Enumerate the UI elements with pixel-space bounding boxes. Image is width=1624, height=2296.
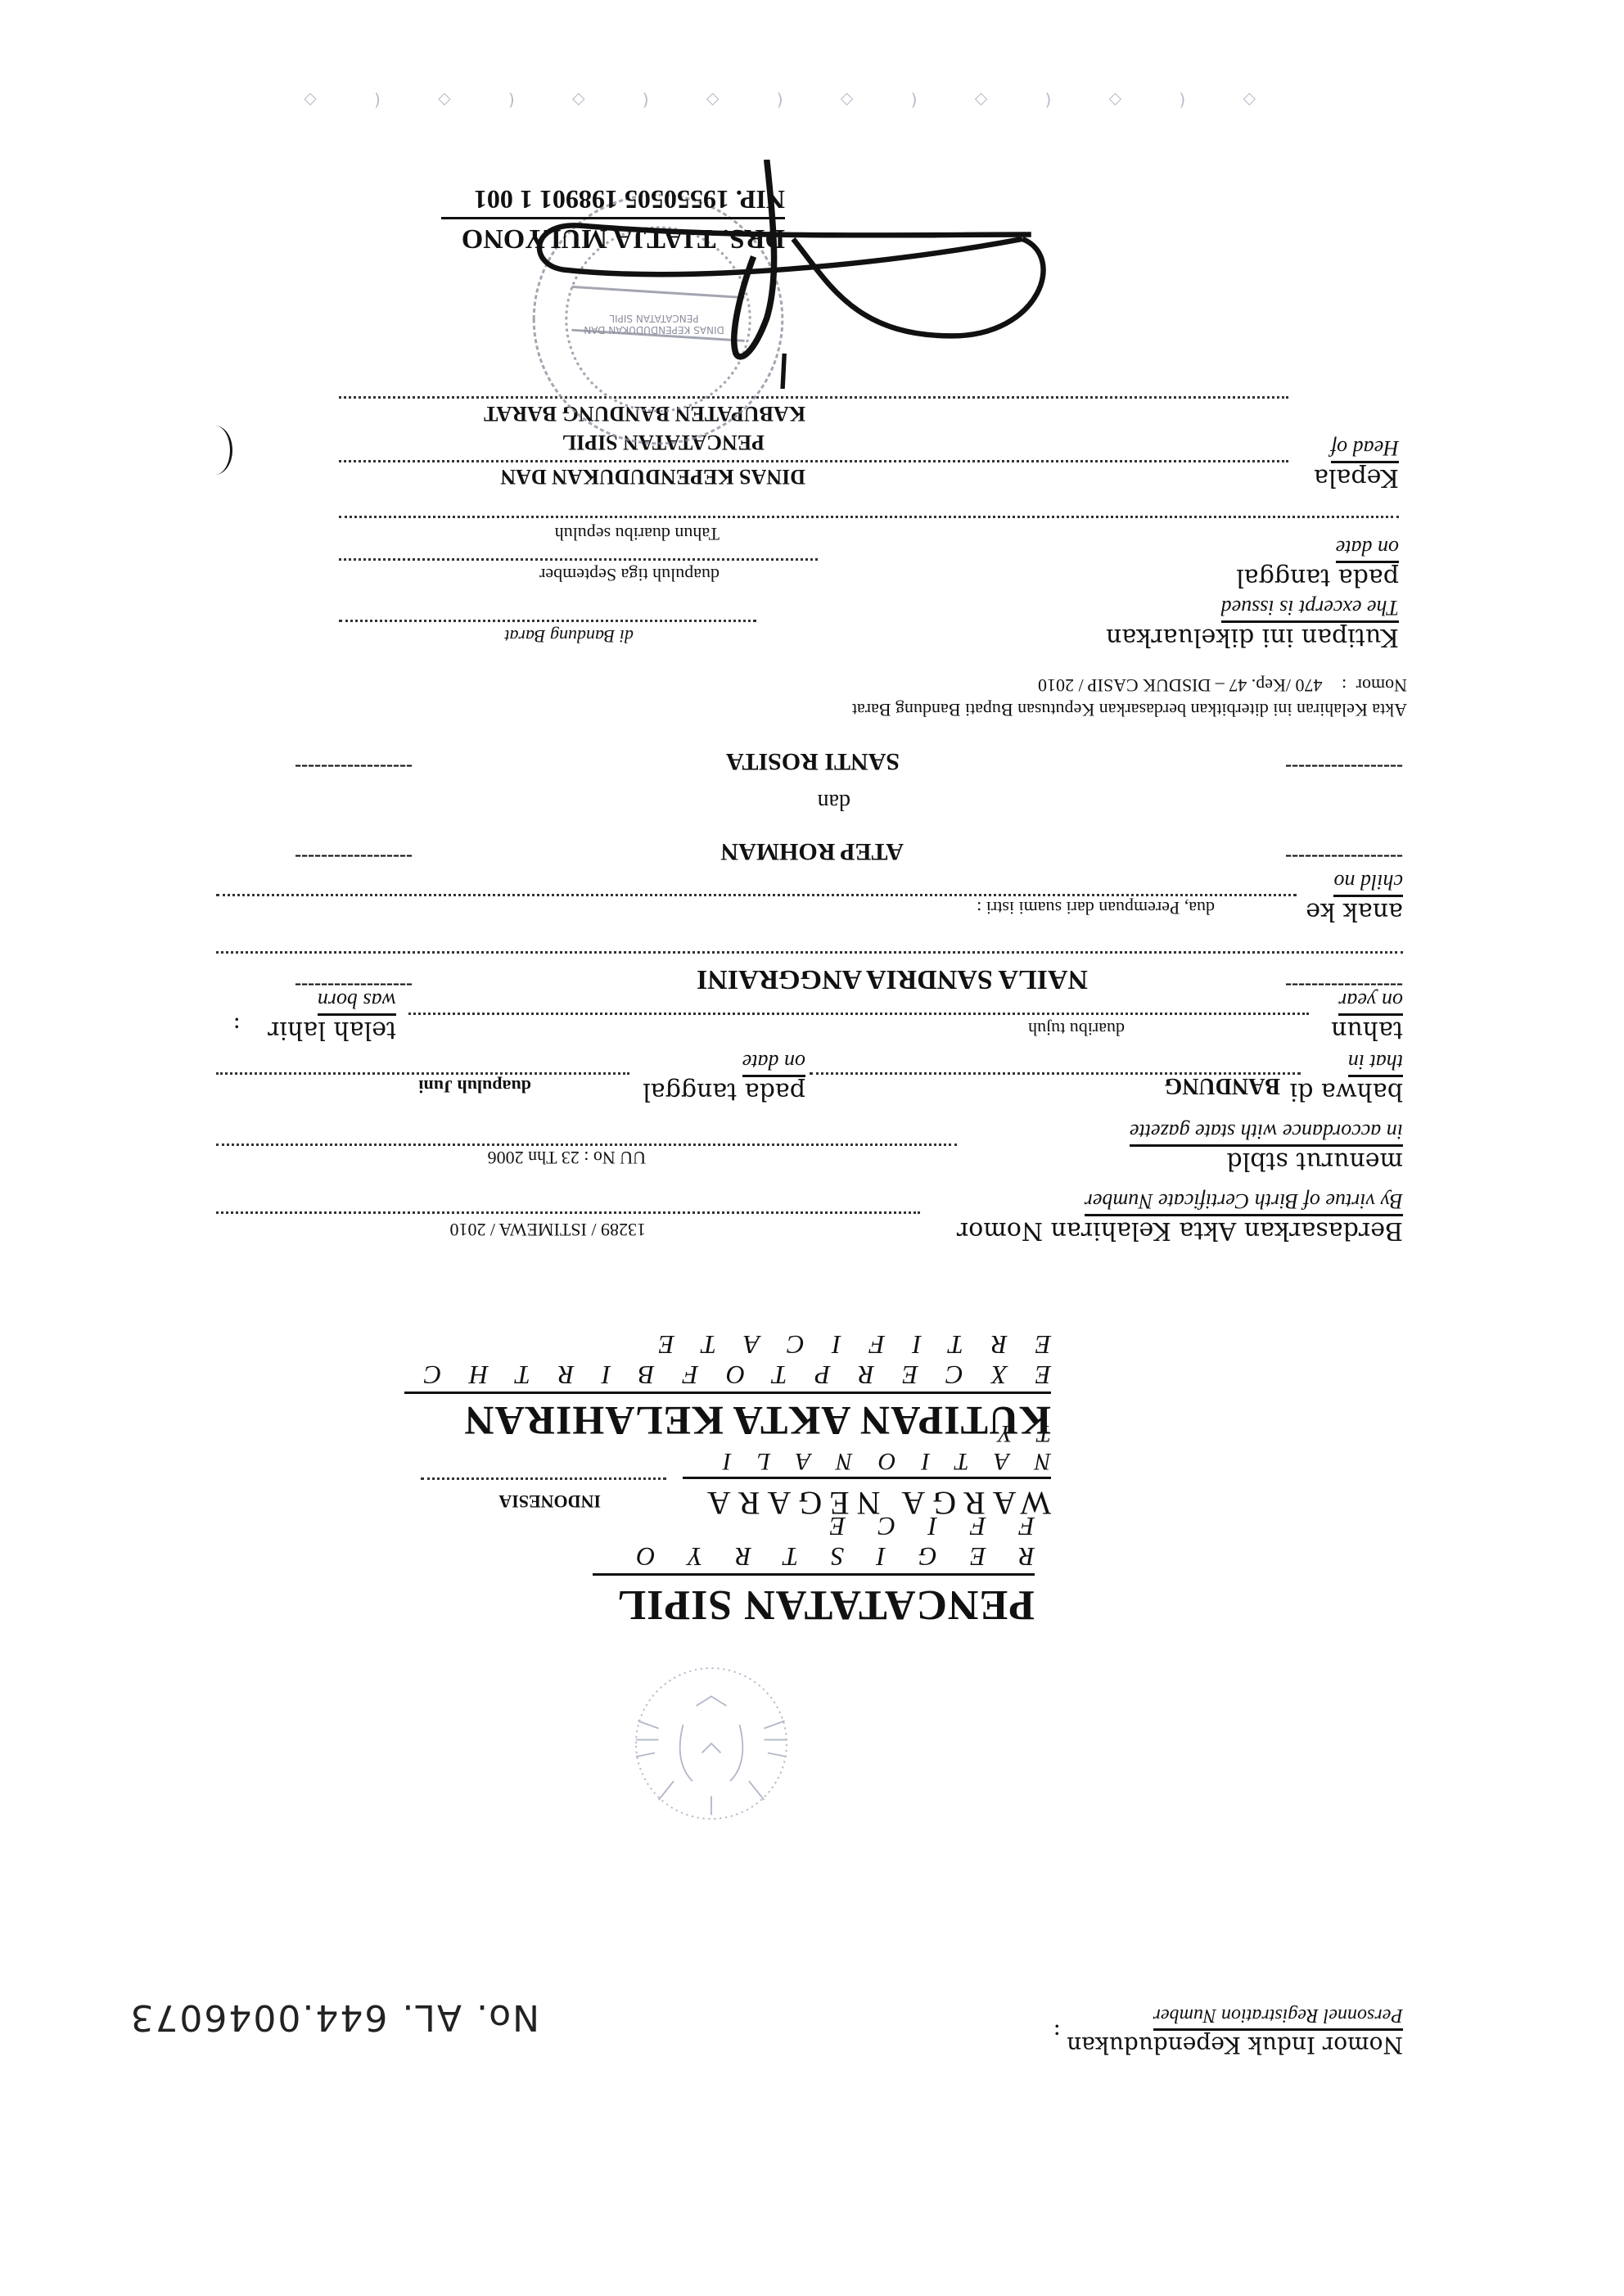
head-block: Kepala Head of: [1314, 436, 1399, 491]
cert-number-label: Berdasarkan Akta Kelahiran Nomor: [957, 1216, 1403, 1244]
registration-marks: ◇ ( ◇ ( ◇ ( ◇ ( ◇ ( ◇ ( ◇ ( ◇: [277, 91, 1256, 111]
personnel-number-separator: :: [1053, 2019, 1061, 2046]
issued-dots: [339, 620, 756, 622]
mother-dash-right: ------------------: [295, 756, 413, 778]
signatory-underline: [441, 217, 785, 219]
date-label: pada tanggal: [643, 1077, 805, 1105]
margin-annotation: [197, 426, 232, 475]
gazette-label-en: in accordance with state gazette: [1130, 1120, 1403, 1147]
year-value: duaribu tujuh: [1028, 1018, 1125, 1040]
child-name-dots: [216, 951, 1403, 954]
issued-label: Kutipan ini dikeluarkan: [1106, 623, 1399, 651]
child-name-dash-right: ------------------: [295, 974, 413, 996]
personnel-number-label-en: Personnel Registration Number: [1153, 2004, 1403, 2031]
head-label: Kepala: [1314, 463, 1399, 491]
certificate-title-en: E X C E R P T O F B I R T H C E R T I F …: [404, 1329, 1051, 1394]
issue-date-label: pada tanggal: [1236, 563, 1399, 591]
field-born: telah lahir was born: [268, 989, 396, 1044]
father-name: ATEP ROHMAN: [720, 837, 904, 865]
field-gazette: menurut stbld in accordance with state g…: [1130, 1120, 1403, 1175]
cert-number-dots: [216, 1211, 920, 1214]
place-value: BANDUNG: [1164, 1072, 1280, 1098]
office-dots-1: [339, 460, 1288, 462]
serial-number: No. AL. 644.0046073: [129, 1996, 539, 2038]
field-year: tahun on year: [1331, 989, 1403, 1044]
signatory-name: DRS. TJATJA MULYONO: [462, 223, 785, 254]
certificate-title: KUTIPAN AKTA KELAHIRAN: [464, 1397, 1051, 1445]
gazette-dots: [216, 1143, 957, 1146]
nationality-dots: [421, 1477, 666, 1480]
gazette-label: menurut stbld: [1130, 1147, 1403, 1175]
field-child-no: anak ke child no: [1306, 870, 1403, 925]
place-dots: [810, 1072, 1301, 1075]
born-separator: :: [233, 1013, 241, 1040]
garuda-emblem-icon: [617, 1649, 805, 1838]
issue-date-label-en: on date: [1336, 536, 1399, 563]
issue-date-block: pada tanggal on date: [1236, 536, 1399, 591]
mother-name: SANTI ROSITA: [726, 747, 900, 775]
decree-text: Akta Kelahiran ini diterbitkan berdasark…: [852, 699, 1407, 720]
child-no-label-en: child no: [1334, 870, 1404, 897]
issue-year-dots: [339, 516, 1399, 518]
father-dash-right: ------------------: [295, 846, 413, 868]
office-line-1: DINAS KEPENDUDUKAN DAN: [500, 464, 805, 489]
child-name: NAILA SANDRIA ANGGRAINI: [697, 963, 1088, 995]
date-value: duapuluh Juni: [418, 1076, 531, 1097]
issued-value: di Bandung Barat: [504, 625, 634, 647]
personnel-number-block: Nomor Induk Kependudukan Personnel Regis…: [1067, 2004, 1403, 2059]
issued-label-en: The excerpt is issued: [1221, 596, 1399, 623]
decree-number: 470 /Kep. 47 – DISDUK CASIP / 2010: [1038, 675, 1323, 696]
cert-number-value: 13289 / ISTIMEWA / 2010: [449, 1219, 646, 1240]
issue-date-value: duapuluh tiga September: [539, 564, 720, 585]
place-label: bahwa di: [1290, 1077, 1403, 1105]
year-dots: [408, 1013, 1309, 1015]
child-no-label: anak ke: [1306, 897, 1403, 925]
field-cert-number: Berdasarkan Akta Kelahiran Nomor By virt…: [957, 1189, 1403, 1244]
date-dots: [216, 1072, 629, 1075]
nationality-label: WARGA NEGARA: [700, 1484, 1051, 1522]
issue-date-dots: [339, 558, 818, 561]
decree-number-line: Nomor : 470 /Kep. 47 – DISDUK CASIP / 20…: [1038, 674, 1407, 696]
cert-number-label-en: By virtue of Birth Certificate Number: [1085, 1189, 1403, 1216]
registry-title: PENCATATAN SIPIL: [616, 1581, 1035, 1629]
personnel-number-label: Nomor Induk Kependudukan: [1067, 2031, 1403, 2059]
father-dash-left: ------------------: [1285, 846, 1403, 868]
issue-year-value: Tahun duaribu sepuluh: [555, 523, 720, 544]
conjunction: dan: [818, 788, 850, 814]
year-label: tahun: [1331, 1016, 1403, 1044]
birth-certificate-page: Nomor Induk Kependudukan Personnel Regis…: [0, 0, 1624, 2296]
child-no-dots: [216, 894, 1297, 896]
mother-dash-left: ------------------: [1285, 756, 1403, 778]
place-label-en: that in: [1348, 1050, 1403, 1077]
born-label: telah lahir: [268, 1016, 396, 1044]
decree-label: Nomor: [1356, 675, 1407, 696]
decree-separator: :: [1342, 675, 1347, 696]
field-place: bahwa di that in: [1290, 1050, 1403, 1105]
child-name-dash-left: ------------------: [1285, 974, 1403, 996]
date-label-en: on date: [742, 1050, 805, 1077]
field-date: pada tanggal on date: [643, 1050, 805, 1105]
nationality-value: INDONESIA: [498, 1491, 601, 1512]
gazette-value: UU No : 23 Thn 2006: [488, 1147, 646, 1168]
child-no-value: dua, Perempuan dari suami istri :: [977, 897, 1215, 918]
head-label-en: Head of: [1331, 436, 1399, 463]
office-dots-2: [339, 396, 1288, 399]
signatory-nip: NIP. 19550505 198901 1 001: [474, 184, 785, 214]
issued-block: Kutipan ini dikeluarkan The excerpt is i…: [1106, 596, 1399, 651]
